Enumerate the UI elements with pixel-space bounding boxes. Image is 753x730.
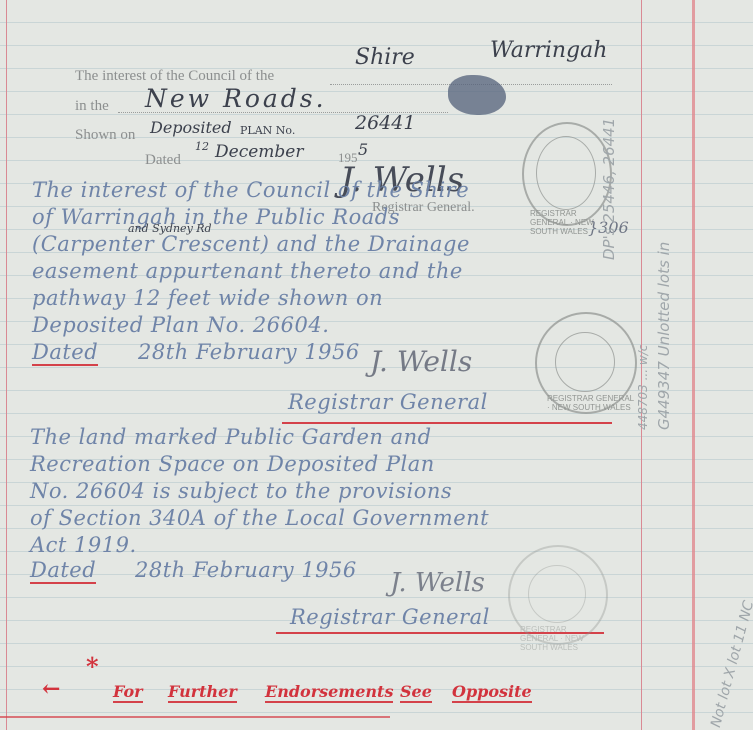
arrow-left-icon: ← [42, 676, 60, 702]
form-label-interest: The interest of the Council of the [75, 68, 274, 85]
form-value-month: December [215, 142, 303, 162]
form-value-warringah: Warringah [490, 38, 607, 63]
margin-note-448703: 448703 ... w/c [636, 345, 650, 430]
form-value-day: 12 [195, 140, 209, 153]
endorsement-line: The land marked Public Garden and [30, 425, 432, 449]
margin-note-unlotted: G449347 Unlotted lots in [655, 242, 673, 430]
form-value-shire: Shire [355, 45, 415, 70]
note-word-see: See [400, 682, 432, 703]
form-label-dated: Dated [145, 152, 181, 169]
endorsement-line: No. 26604 is subject to the provisions [30, 479, 452, 503]
form-label-in-the: in the [75, 98, 109, 115]
outer-margin-line [692, 0, 695, 730]
document-page: The interest of the Council of the Shire… [0, 0, 753, 730]
margin-note-dps: DP's 25446, 26441 [600, 118, 618, 260]
bottom-red-line [0, 716, 390, 718]
ink-blot [448, 75, 506, 115]
asterisk-mark: * [86, 652, 99, 681]
dated-label: Dated [30, 558, 96, 584]
signature-wells-2: J. Wells [370, 345, 472, 378]
form-label-plan-no: PLAN No. [240, 124, 295, 137]
endorsement-line: The interest of the Council of the Shire [32, 178, 469, 202]
left-margin-line [6, 0, 7, 730]
signature-title-2: Registrar General [288, 390, 488, 414]
note-word-endorsements: Endorsements [265, 682, 393, 703]
margin-note-lot: Not lot X lot 11 NC [708, 599, 753, 729]
registrar-seal-stamp-1: REGISTRAR GENERAL · NEW SOUTH WALES [522, 122, 612, 226]
signature-wells-3: J. Wells [390, 568, 485, 598]
form-value-roads: New Roads. [145, 84, 327, 113]
endorsement-line: Recreation Space on Deposited Plan [30, 452, 435, 476]
endorsement-line: Act 1919. [30, 533, 137, 557]
note-word-opposite: Opposite [452, 682, 532, 703]
endorsement-line: Deposited Plan No. 26604. [32, 313, 329, 337]
form-value-deposited: Deposited [150, 118, 232, 137]
form-value-plan-number: 26441 [355, 112, 415, 134]
dated-label: Dated [32, 340, 98, 366]
note-word-for: For [113, 682, 143, 703]
form-label-shown-on: Shown on [75, 127, 135, 144]
note-word-further: Further [168, 682, 237, 703]
endorsement-line: (Carpenter Crescent) and the Drainage [32, 232, 470, 256]
registrar-seal-stamp-2: REGISTRAR GENERAL · NEW SOUTH WALES [535, 312, 637, 414]
endorsement-line: easement appurtenant thereto and the [32, 259, 463, 283]
signature-underline [282, 422, 612, 424]
signature-title-3: Registrar General [290, 605, 490, 629]
endorsement-line: of Warringah in the Public Roads [32, 205, 400, 229]
registrar-seal-stamp-3: REGISTRAR GENERAL · NEW SOUTH WALES [508, 545, 608, 645]
dated-value: 28th February 1956 [135, 558, 357, 582]
endorsement-line: pathway 12 feet wide shown on [32, 286, 383, 310]
endorsement-line: of Section 340A of the Local Government [30, 506, 489, 530]
form-year-hand: 5 [358, 140, 368, 159]
dated-value: 28th February 1956 [138, 340, 360, 364]
